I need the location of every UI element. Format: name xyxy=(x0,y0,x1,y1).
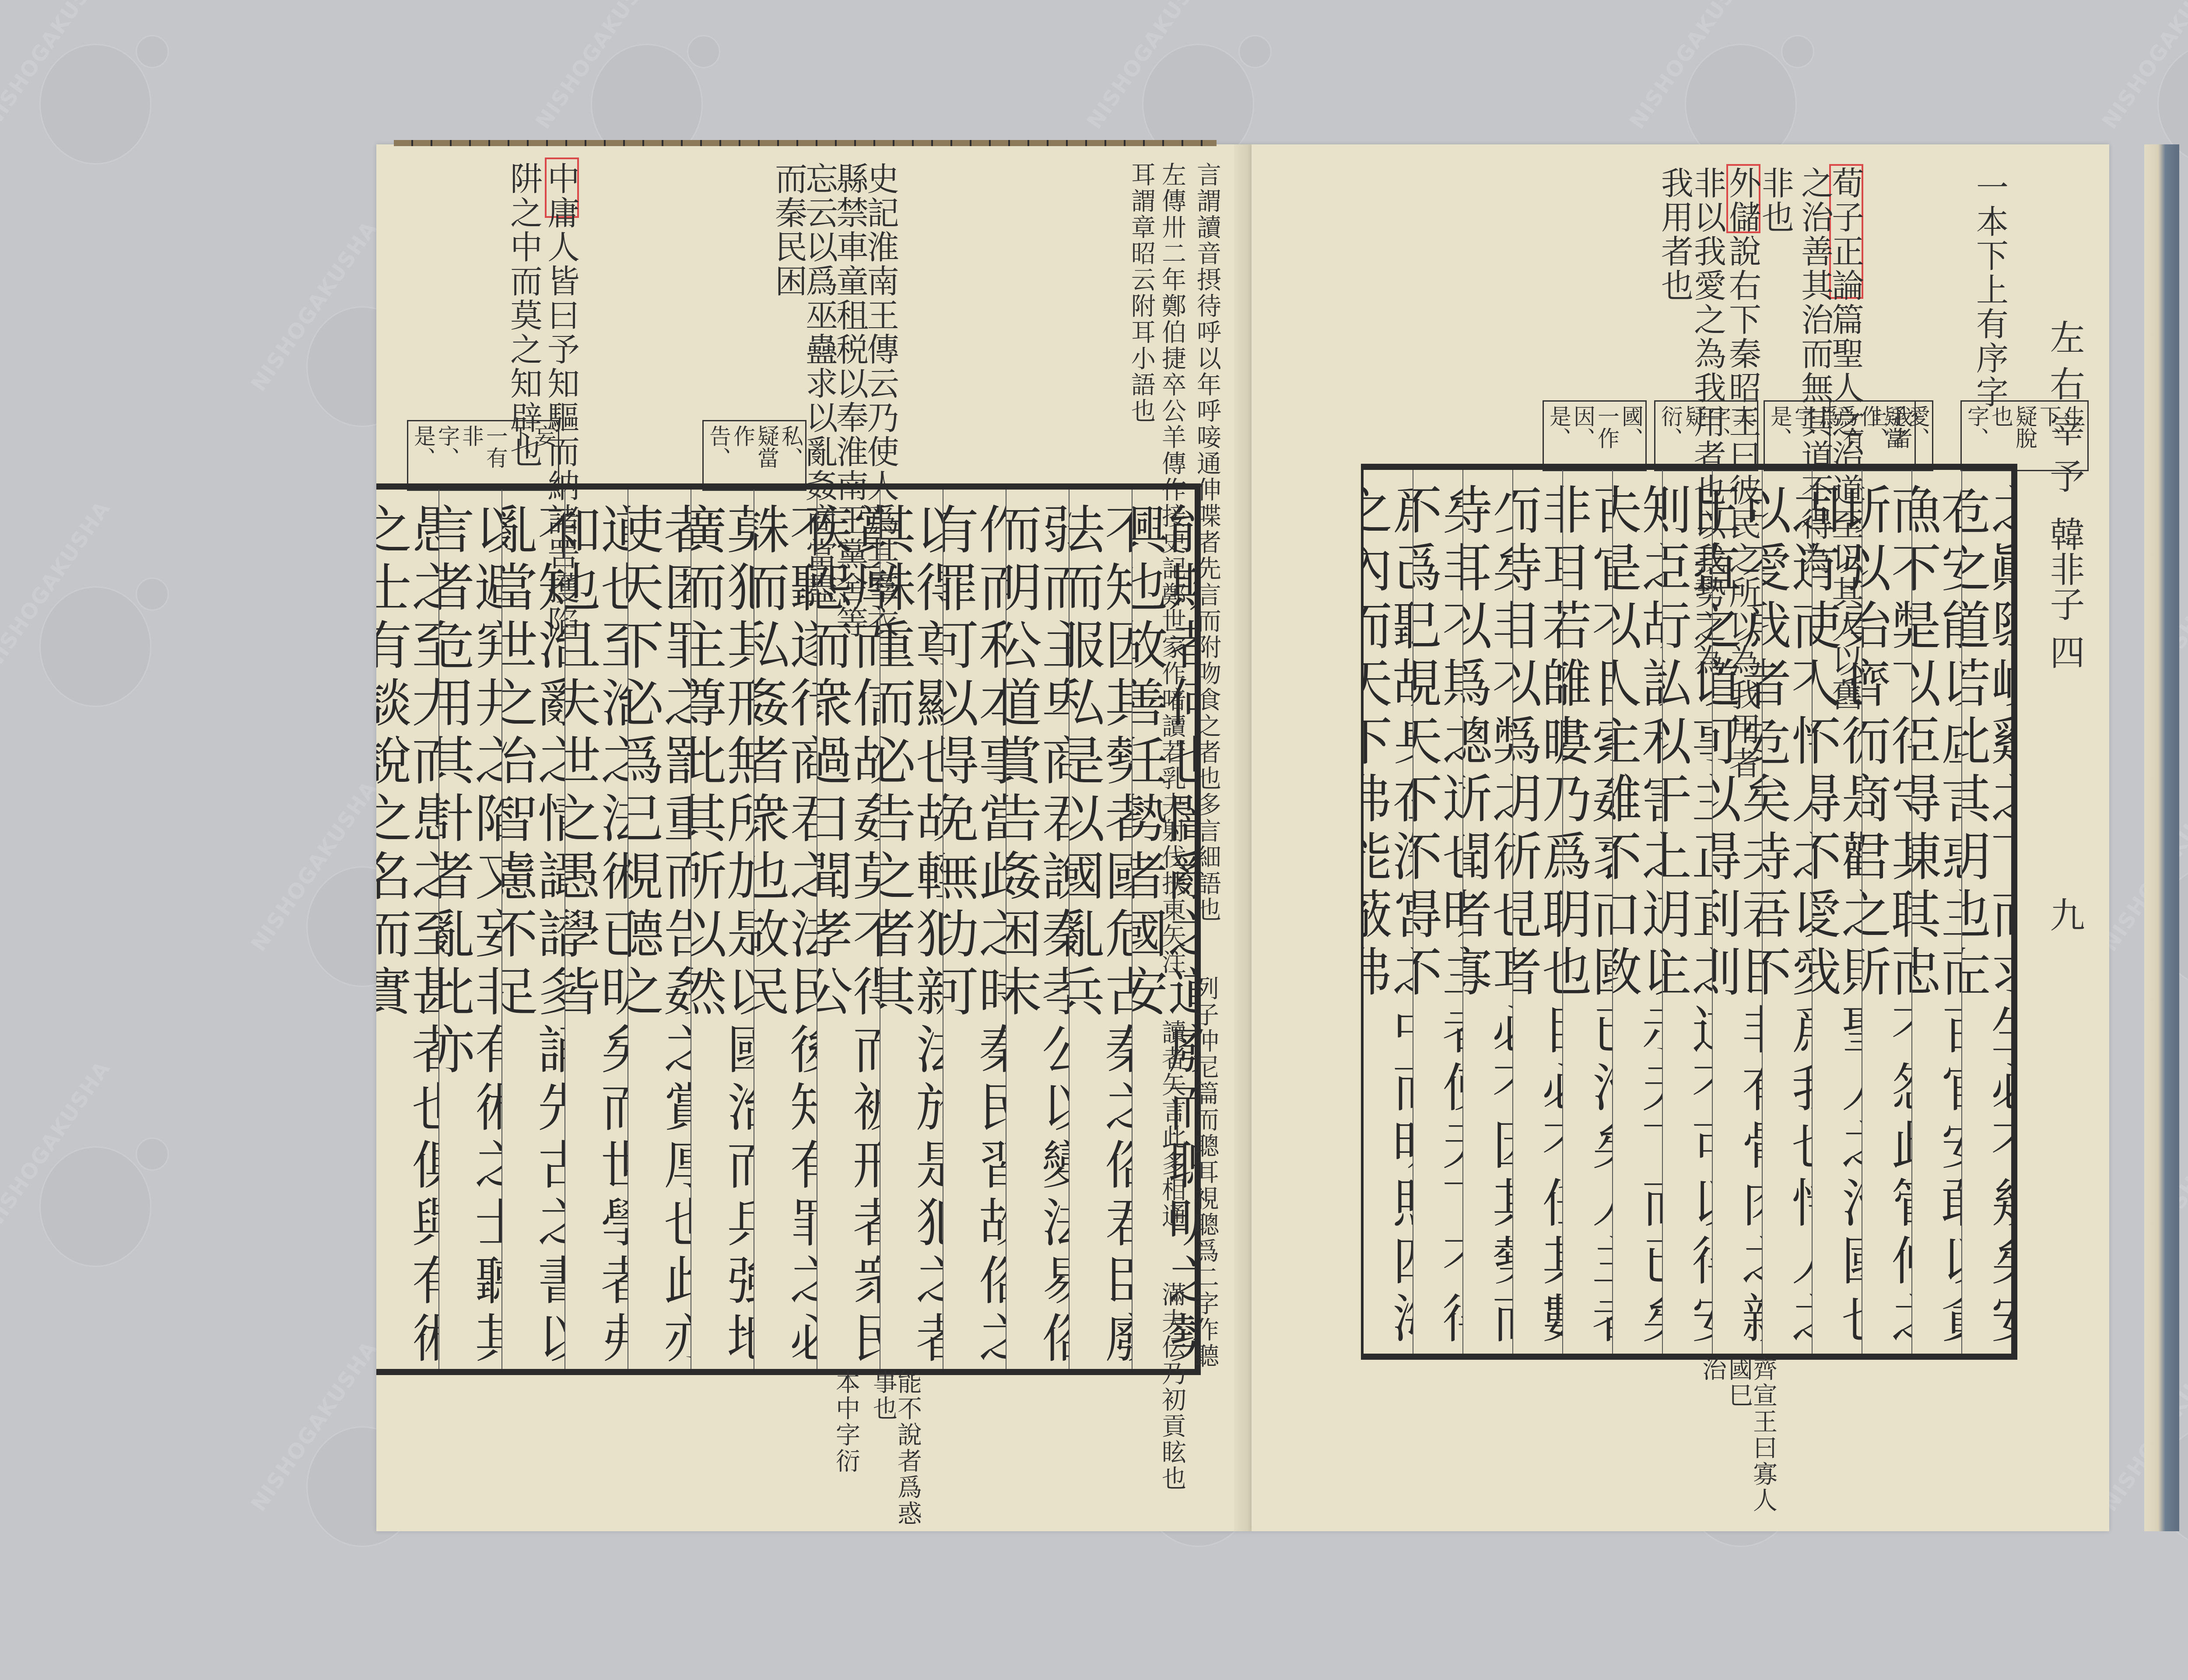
text-column: 百官不目索姦衺而國已治矣人主者非目若離婁乃爲明也 xyxy=(1562,470,1612,1354)
text-column: 不知治亂之情讘誻多誦先古之書以亂當世之治智慮不足 xyxy=(501,490,565,1369)
edge-column-text: 左 右 宰 予 xyxy=(2039,319,2090,493)
margin-note: 能不說者爲惑事也 xyxy=(871,1369,920,1531)
header-annotation-box: 我者上、一有爲字、是、 xyxy=(1764,400,1916,471)
margin-note: 而秦民困 xyxy=(772,162,805,298)
text-column: 右安能以虛言惑主而百官安敢以貪漁下是以臣得陳其忠 xyxy=(1911,470,1961,1354)
text-column: 弱而主卑商君說秦孝公以變法易俗而明公道賞告姦困末 xyxy=(1006,490,1069,1369)
left-page: 中庸人皆曰予知驅而納諸罟擭陷 阱之中而莫之知辟也 史記淮南王傳云乃使人爲其羣衣 … xyxy=(376,144,1252,1531)
edge-title-label: 韓非子 xyxy=(2039,516,2090,621)
text-column: 愚之至大而患之至甚者也俱與有術之士有談說之名而實 xyxy=(376,490,438,1369)
header-annotation-box: 妄下、一有非字、是、 xyxy=(407,420,559,491)
margin-note: 非也 xyxy=(1759,166,1792,234)
right-page: 一本下上有序字 荀子正論篇聖人之治道至以其人以舊 之治善其治而無其道不得為 非也… xyxy=(1252,144,2109,1531)
text-frame: 能欺者何也闇亂之道廢而聰明之勢興也故善任勢者國安不知因其勢者國危古秦之俗君臣廢法… xyxy=(376,483,1201,1375)
text-column: 者匿罪之罰重而告姦之賞厚也此亦使天下必爲己視聽之 xyxy=(628,490,691,1369)
text-column: 不知因其勢者國危古秦之俗君臣廢法而服私是以國亂兵 xyxy=(1069,490,1132,1369)
text-column: 不聽遂行商君之法民後知有罪之必誅而私姦者衆也故民 xyxy=(754,490,817,1369)
text-columns: 之顚隳峻谿之下而求生必不幾矣安危之道若此其明也左右安能以虛言惑主而百官安敢以貪漁… xyxy=(1364,470,2011,1354)
binding-thread-edge xyxy=(394,140,1217,146)
nishogakusha-watermark-icon: NISHOGAKUSHA xyxy=(18,17,175,175)
header-annotation-box: 夫字、疑衍、 xyxy=(1654,400,1758,471)
text-column: 賞厚而信故姦莫不得而被刑者衆民疾怨而衆過日聞孝公 xyxy=(817,490,880,1369)
margin-note: 我用者也 xyxy=(1659,166,1691,303)
margin-note: 耳謂章昭云附耳小語也 xyxy=(1129,162,1154,424)
book-cover-edge xyxy=(2144,144,2179,1531)
nishogakusha-watermark-icon: NISHOGAKUSHA xyxy=(18,560,175,717)
text-column: 非耳若師曠乃爲聰也目必不任其數而待目以爲明所見者 xyxy=(1512,470,1562,1354)
margin-note: 齊宣王曰寡人國巳 xyxy=(1726,1356,1775,1531)
nishogakusha-watermark-icon: NISHOGAKUSHA xyxy=(18,1120,175,1277)
text-frame: 之顚隳峻谿之下而求生必不幾矣安危之道若此其明也左右安能以虛言惑主而百官安敢以貪漁… xyxy=(1361,464,2017,1360)
text-column: 以強秦也從是觀之則聖人之治國也固有使人不得不愛我 xyxy=(1812,470,1862,1354)
text-column: 以避穽井之陷又妄非有術之士聽其言者危用其計者亂此亦 xyxy=(438,490,501,1369)
header-annotation-box: 國、一作因、是、 xyxy=(1543,400,1647,471)
text-columns: 能欺者何也闇亂之道廢而聰明之勢興也故善任勢者國安不知因其勢者國危古秦之俗君臣廢法… xyxy=(376,490,1195,1369)
margin-note: 治 xyxy=(1700,1356,1725,1382)
open-book: 中庸人皆曰予知驅而納諸罟擭陷 阱之中而莫之知辟也 史記淮南王傳云乃使人爲其羣衣 … xyxy=(376,144,2149,1531)
text-column: 爲己聽故身在深宮之中而明照四海之內而天下弗能蔽弗 xyxy=(1364,470,1413,1354)
text-column: 之顚隳峻谿之下而求生必不幾矣安危之道若此其明也左 xyxy=(1961,470,2011,1354)
text-column: 道也至治之法術已明矣而世學者弗知也且夫世之愚學皆 xyxy=(565,490,628,1369)
text-column: 知之故設利害之道以示天下而已矣夫是以人主雖不口教 xyxy=(1612,470,1662,1354)
edge-leaf-number: 九 xyxy=(2039,897,2090,932)
text-column: 少矣非不弊之術也耳必不因其勢而待耳以爲聰所聞者寡 xyxy=(1462,470,1512,1354)
text-column: 而不弊下得守其職而不怨此管仲之所以治齊而商君之所 xyxy=(1862,470,1911,1354)
header-annotation-box: 私、疑當作告、 xyxy=(702,420,806,491)
text-column: 之道而不恃人之以愛爲我也恃人之以愛我者危矣恃吾不 xyxy=(1762,470,1812,1354)
margin-note: 讀者矢言此多相通 xyxy=(1160,1019,1184,1229)
margin-note: 滿夫伝乃初貢眩也 xyxy=(1160,1282,1184,1492)
text-column: 以得尊顯也故輕犯新法於是犯之者其誅重而必告之者其 xyxy=(880,490,943,1369)
margin-note: 一本下上有序字 xyxy=(1974,171,2006,409)
text-column: 作而利本事當此之時秦民習故俗之有罪可以得免無功可 xyxy=(943,490,1006,1369)
text-column: 可不爲者安矣夫君臣非有骨肉之親正直之道可以得利則 xyxy=(1712,470,1762,1354)
margin-note: 列子仲尼篇而聰耳視聰爲二字作聽 xyxy=(1192,976,1217,1369)
text-column: 莫犯其刑無所加是以國治而兵強地廣而主尊此其所以然 xyxy=(691,490,754,1369)
text-column: 矣非不欺之道也明主者使天下不得不爲己視天下不得不 xyxy=(1413,470,1462,1354)
text-column: 臣盡力以事主正直之道不可以得安則臣行私以干上明主 xyxy=(1662,470,1712,1354)
edge-volume-label: 四 xyxy=(2039,634,2090,669)
text-column: 能欺者何也闇亂之道廢而聰明之勢興也故善任勢者國安 xyxy=(1132,490,1195,1369)
margin-note: 本中字衍 xyxy=(834,1369,858,1474)
